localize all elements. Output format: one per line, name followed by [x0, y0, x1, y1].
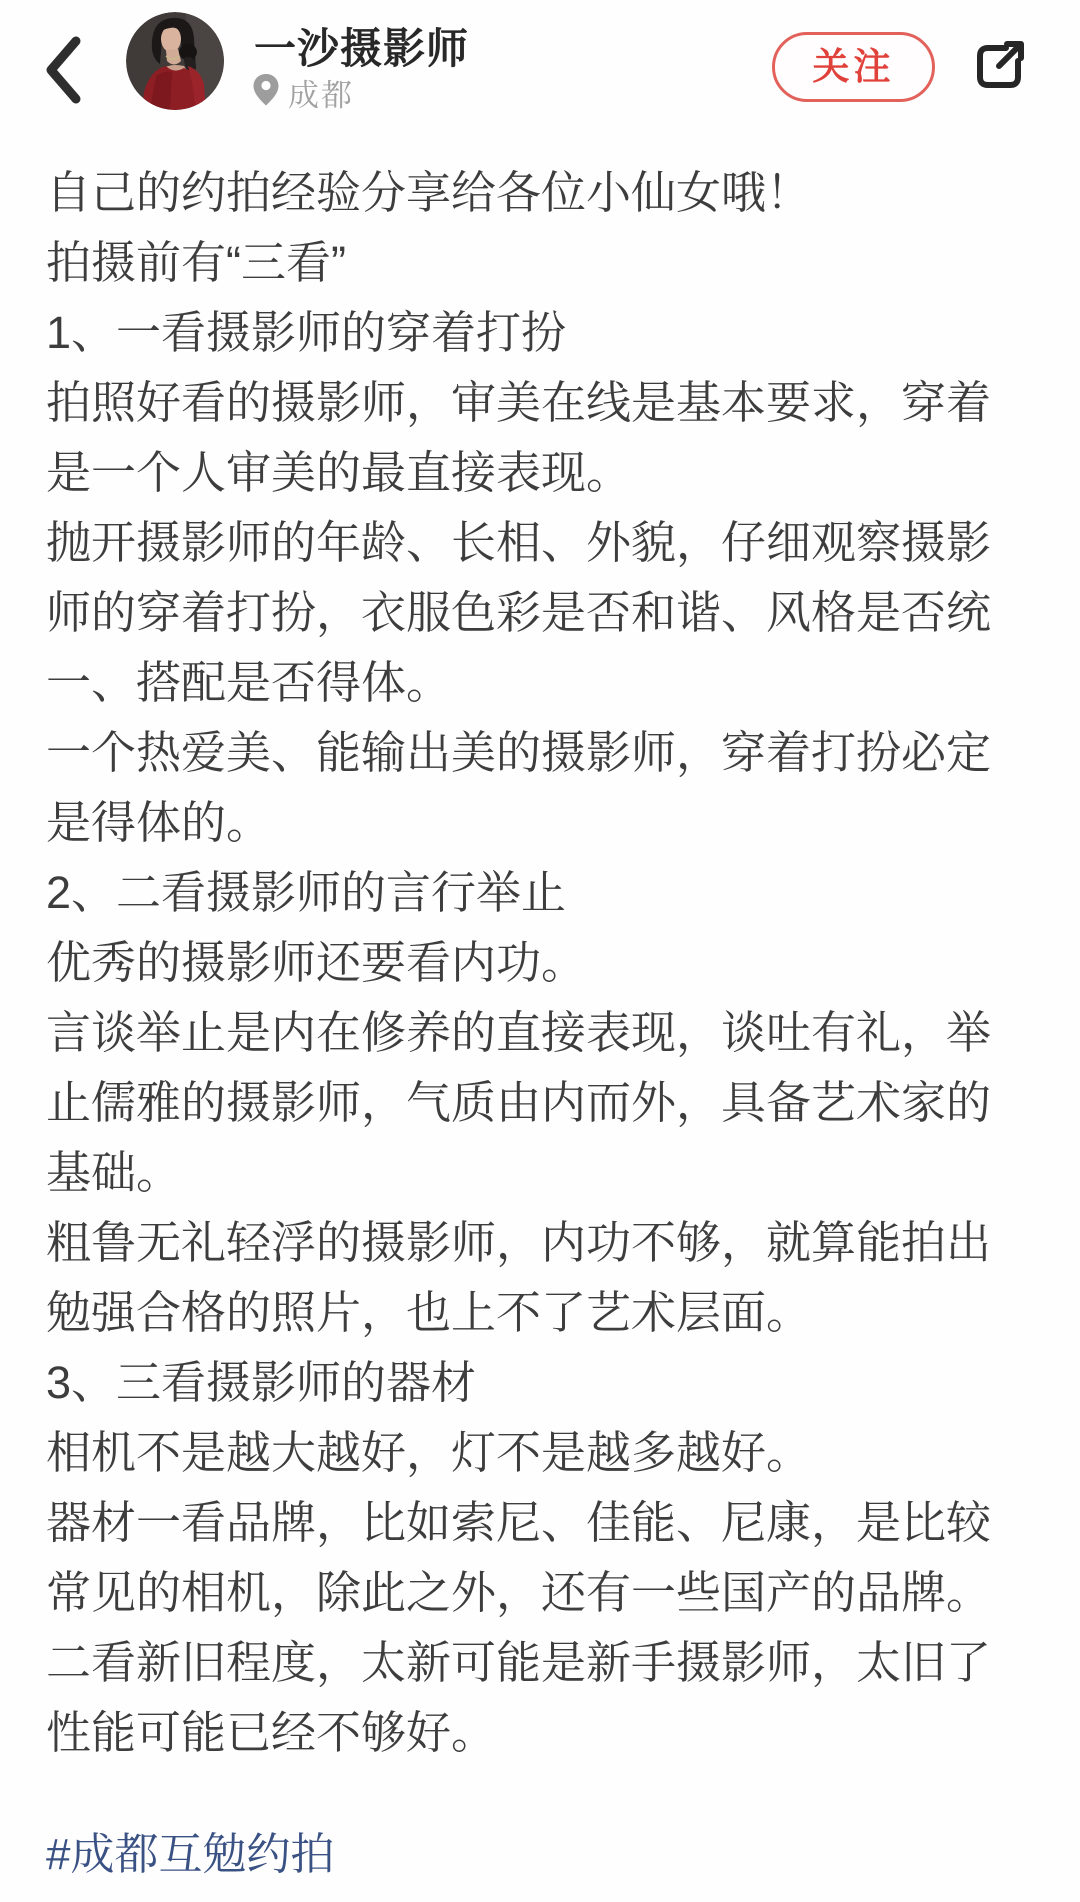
hashtag-link[interactable]: #成都互勉约拍 [46, 1820, 334, 1890]
share-arrow-icon [972, 81, 1028, 96]
avatar[interactable] [126, 12, 224, 110]
follow-button[interactable]: 关注 [772, 32, 935, 102]
chevron-left-icon [42, 94, 86, 109]
location-label: 成都 [288, 70, 354, 115]
post-detail-screen: 一沙摄影师 成都 关注 自己的约拍经验分享给各位小仙女哦！ 拍摄前有“三看” 1… [0, 0, 1080, 1902]
map-pin-icon [252, 73, 280, 112]
user-name[interactable]: 一沙摄影师 [254, 16, 469, 76]
share-button[interactable] [972, 37, 1028, 93]
post-header: 一沙摄影师 成都 关注 [0, 0, 1080, 130]
post-body-text: 自己的约拍经验分享给各位小仙女哦！ 拍摄前有“三看” 1、一看摄影师的穿着打扮 … [0, 158, 1080, 1768]
location-row: 成都 [252, 70, 354, 115]
avatar-image [126, 12, 224, 110]
back-button[interactable] [42, 34, 86, 106]
